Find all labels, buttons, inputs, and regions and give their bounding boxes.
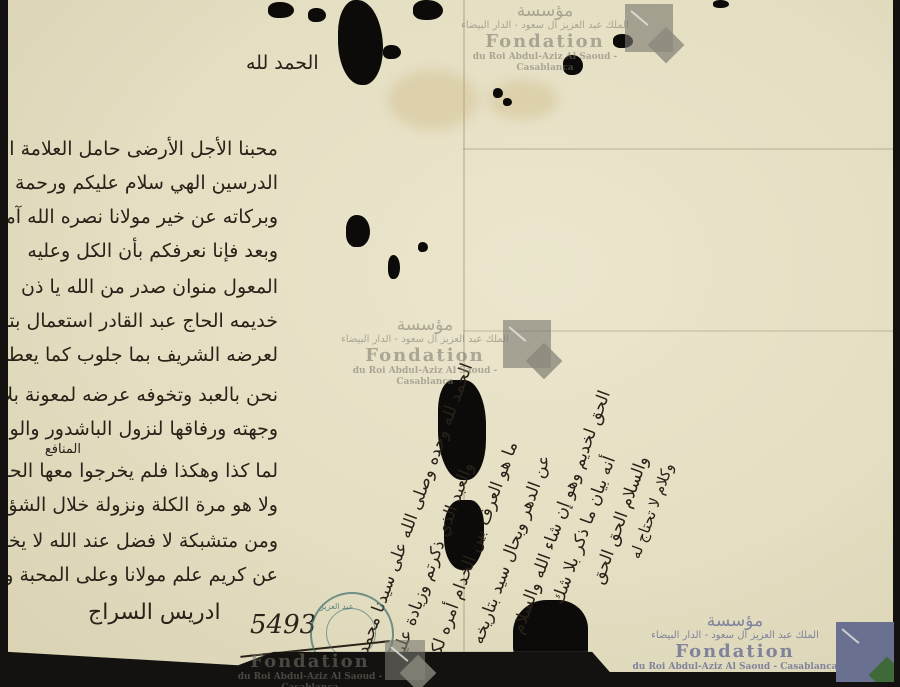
watermark-arabic-title: مؤسسة [630,612,840,630]
ink-blot [346,215,370,247]
ink-blot [418,242,428,252]
foundation-logo-icon [385,640,425,680]
water-stain [488,80,558,120]
body-line: خديمه الحاج عبد القادر استعمال بتحويل [0,310,278,332]
watermark-arabic-title: مؤسسة [335,316,515,334]
ink-blot [503,98,512,106]
watermark-french-subtitle: du Roi Abdul-Aziz Al Saoud - Casablanca [225,672,395,687]
watermark-french-title: Fondation [225,652,395,672]
watermark-center: مؤسسة الملك عبد العزيز آل سعود - الدار ا… [335,316,515,388]
signature: ادريس السراج [88,600,221,625]
body-line: لعرضه الشريف بما جلوب كما يعطي [0,344,278,366]
water-stain [388,70,478,130]
seal-text: عبد العزيز [320,602,354,611]
body-line: وبركاته عن خير مولانا نصره الله آمين [0,206,278,228]
watermark-french-subtitle: du Roi Abdul-Aziz Al Saoud - Casablanca [335,366,515,388]
body-line: عن كريم علم مولانا وعلى المحبة والسلام [0,564,278,586]
body-line: ولا هو مرة الكلة ونزولة خلال الشؤون بالم… [0,494,278,516]
ink-blot [388,255,400,279]
watermark-bottom: مؤسسة الملك عبد العزيز آل سعود - الدار ا… [630,612,840,673]
foundation-logo-icon [503,320,551,368]
ink-blot [383,45,401,59]
horizontal-fold-crease [463,148,900,150]
ink-blot [493,88,503,98]
foundation-logo-icon [836,622,894,682]
document-heading: الحمد لله [246,52,319,74]
catalog-number: 5493 [250,610,316,640]
ink-blot [308,8,326,22]
body-line: المعول منوان صدر من الله يا ذن [21,276,278,298]
watermark-french-subtitle: du Roi Abdul-Aziz Al Saoud - Casablanca [630,662,840,673]
body-line: ومن متشبكة لا فضل عند الله لا يخفى [0,530,278,552]
watermark-french-subtitle: du Roi Abdul-Aziz Al Saoud - Casablanca [455,52,635,74]
watermark-arabic-title: مؤسسة [455,2,635,20]
watermark-top: مؤسسة الملك عبد العزيز آل سعود - الدار ا… [455,2,635,74]
body-line: لما كذا وهكذا فلم يخرجوا معها الحق [0,460,278,482]
ink-blot [413,0,443,20]
ink-blot [713,0,729,8]
watermark-stamp-area: Fondation du Roi Abdul-Aziz Al Saoud - C… [225,652,395,687]
body-line: نحن بالعبد وتخوفه عرضه لمعونة بلادها [0,384,278,406]
body-line: وجهته ورفاقها لنزول الباشدور والولادة لا… [0,418,278,440]
foundation-logo-icon [625,4,673,52]
watermark-french-title: Fondation [335,346,515,366]
watermark-french-title: Fondation [455,32,635,52]
body-line: الدرسين الهي سلام عليكم ورحمة الله [0,172,278,194]
watermark-french-title: Fondation [630,642,840,662]
body-line: محبنا الأجل الأرضى حامل العلامة الأمثل ا… [0,138,278,160]
body-line: وبعد فإنا نعرفكم بأن الكل وعليه [27,240,278,262]
ink-blot [268,2,294,18]
ink-blot [338,0,383,85]
body-line-insert: المنافع [45,442,81,457]
